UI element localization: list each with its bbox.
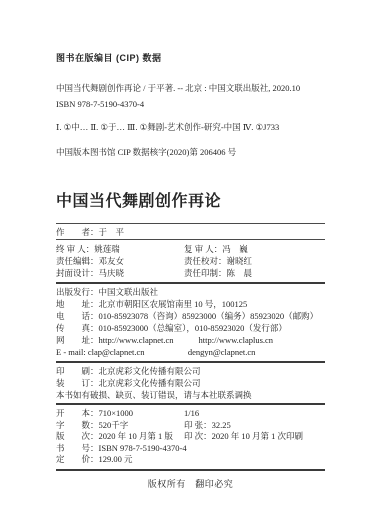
fax-value: 010-85923000（总编室），010-85923020（发行部）: [99, 323, 287, 333]
fax-row: 传 真：010-85923000（总编室），010-85923020（发行部）: [56, 322, 325, 334]
edition-value: 2020 年 10 月第 1 版: [99, 431, 173, 441]
address-label: 地 址：: [56, 299, 99, 309]
wordcount-value: 520千字: [99, 420, 129, 430]
email-label: E - mail:: [56, 347, 88, 357]
credits-table: 作 者：于 平 终 审 人：姚莲瑞 复 审 人：冯 巍 责任编辑：邓友女 责任校…: [56, 223, 325, 284]
cip-isbn-line: ISBN 978-7-5190-4370-4: [56, 98, 325, 111]
format-label: 开 本：: [56, 408, 99, 418]
page-content: 图书在版编目 (CIP) 数据 中国当代舞剧创作再论 / 于平著. -- 北京 …: [0, 0, 375, 490]
phone-label: 电 话：: [56, 311, 99, 321]
author-row: 作 者：于 平: [56, 224, 325, 240]
publisher-value: 中国文联出版社: [99, 287, 159, 297]
cip-classification-line: Ⅰ. ①中… Ⅱ. ①于… Ⅲ. ①舞剧-艺术创作-研究-中国 Ⅳ. ①J733: [56, 121, 325, 134]
cover-designer-label: 封面设计：: [56, 268, 99, 278]
edition-row: 版 次：2020 年 10 月第 1 版 印 次：2020 年 10 月第 1 …: [56, 431, 325, 443]
phone-value: 010-85923078（咨询）85923000（编务）85923020（邮购）: [99, 311, 319, 321]
printer-value: 北京虎彩文化传播有限公司: [99, 366, 201, 376]
cip-title-line: 中国当代舞剧创作再论 / 于平著. -- 北京 : 中国文联出版社, 2020.…: [56, 82, 325, 95]
price-value: 129.00 元: [99, 454, 133, 464]
credits-row: 终 审 人：姚莲瑞 复 审 人：冯 巍: [56, 243, 325, 255]
publisher-block: 出版发行：中国文联出版社 地 址：北京市朝阳区农展馆南里 10 号，100125…: [56, 286, 325, 363]
book-title: 中国当代舞剧创作再论: [56, 192, 325, 212]
publisher-row: 出版发行：中国文联出版社: [56, 286, 325, 298]
website-label: 网 址：: [56, 335, 99, 345]
address-row: 地 址：北京市朝阳区农展馆南里 10 号，100125: [56, 298, 325, 310]
format-fraction: 1/16: [184, 408, 325, 420]
defect-notice: 本书如有破损、缺页、装订错误，请与本社联系调换: [56, 389, 325, 401]
editor-value: 邓友女: [99, 256, 125, 266]
price-row: 定 价：129.00 元: [56, 454, 325, 466]
credits-row: 责任编辑：邓友女 责任校对：谢晓红: [56, 255, 325, 267]
credits-row: 封面设计：马庆晓 责任印制：陈 晨: [56, 267, 325, 279]
specs-block: 开 本：710×1000 1/16 字 数：520千字 印 张：32.25 版 …: [56, 408, 325, 471]
email-address-1: clap@clapnet.cn: [88, 346, 176, 358]
printing-block: 印 刷：北京虎彩文化传播有限公司 装 订：北京虎彩文化传播有限公司 本书如有破损…: [56, 365, 325, 405]
second-reviewer-label: 复 审 人：: [184, 244, 222, 254]
cip-header: 图书在版编目 (CIP) 数据: [56, 52, 325, 65]
isbn-row: 书 号：ISBN 978-7-5190-4370-4: [56, 443, 325, 455]
email-row: E - mail: clap@clapnet.cndengyn@clapnet.…: [56, 346, 325, 358]
website-url-1: http://www.clapnet.cn: [99, 334, 187, 346]
format-value: 710×1000: [99, 408, 134, 418]
print-supervisor-label: 责任印制：: [184, 268, 227, 278]
author-label: 作 者：: [56, 227, 99, 237]
editor-label: 责任编辑：: [56, 256, 99, 266]
binder-row: 装 订：北京虎彩文化传播有限公司: [56, 377, 325, 389]
book-copyright-page: 图书在版编目 (CIP) 数据 中国当代舞剧创作再论 / 于平著. -- 北京 …: [0, 0, 375, 529]
print-supervisor-value: 陈 晨: [227, 268, 253, 278]
binder-label: 装 订：: [56, 378, 99, 388]
printer-label: 印 刷：: [56, 366, 99, 376]
binder-value: 北京虎彩文化传播有限公司: [99, 378, 201, 388]
cover-designer-value: 马庆晓: [99, 268, 125, 278]
chief-reviewer-label: 终 审 人：: [56, 244, 94, 254]
website-url-2: http://www.claplus.cn: [199, 335, 274, 345]
impression-value: 印 次：2020 年 10 月第 1 次印刷: [184, 431, 325, 443]
format-row: 开 本：710×1000 1/16: [56, 408, 325, 420]
copyright-notice: 版权所有 翻印必究: [56, 478, 325, 490]
wordcount-label: 字 数：: [56, 420, 99, 430]
proofreader-value: 谢晓红: [227, 256, 253, 266]
proofreader-label: 责任校对：: [184, 256, 227, 266]
wordcount-row: 字 数：520千字 印 张：32.25: [56, 420, 325, 432]
website-row: 网 址：http://www.clapnet.cnhttp://www.clap…: [56, 334, 325, 346]
email-address-2: dengyn@clapnet.cn: [188, 347, 256, 357]
sheets-value: 印 张：32.25: [184, 420, 325, 432]
credits-grid: 终 审 人：姚莲瑞 复 审 人：冯 巍 责任编辑：邓友女 责任校对：谢晓红 封面…: [56, 240, 325, 282]
publisher-label: 出版发行：: [56, 287, 99, 297]
edition-label: 版 次：: [56, 431, 99, 441]
author-value: 于 平: [99, 227, 125, 237]
printer-row: 印 刷：北京虎彩文化传播有限公司: [56, 365, 325, 377]
isbn-value: ISBN 978-7-5190-4370-4: [99, 443, 187, 453]
fax-label: 传 真：: [56, 323, 99, 333]
isbn-label: 书 号：: [56, 443, 99, 453]
second-reviewer-value: 冯 巍: [222, 244, 248, 254]
address-value: 北京市朝阳区农展馆南里 10 号，100125: [99, 299, 248, 309]
phone-row: 电 话：010-85923078（咨询）85923000（编务）85923020…: [56, 310, 325, 322]
cip-record-line: 中国版本图书馆 CIP 数据核字(2020)第 206406 号: [56, 146, 325, 159]
price-label: 定 价：: [56, 454, 99, 464]
chief-reviewer-value: 姚莲瑞: [94, 244, 120, 254]
